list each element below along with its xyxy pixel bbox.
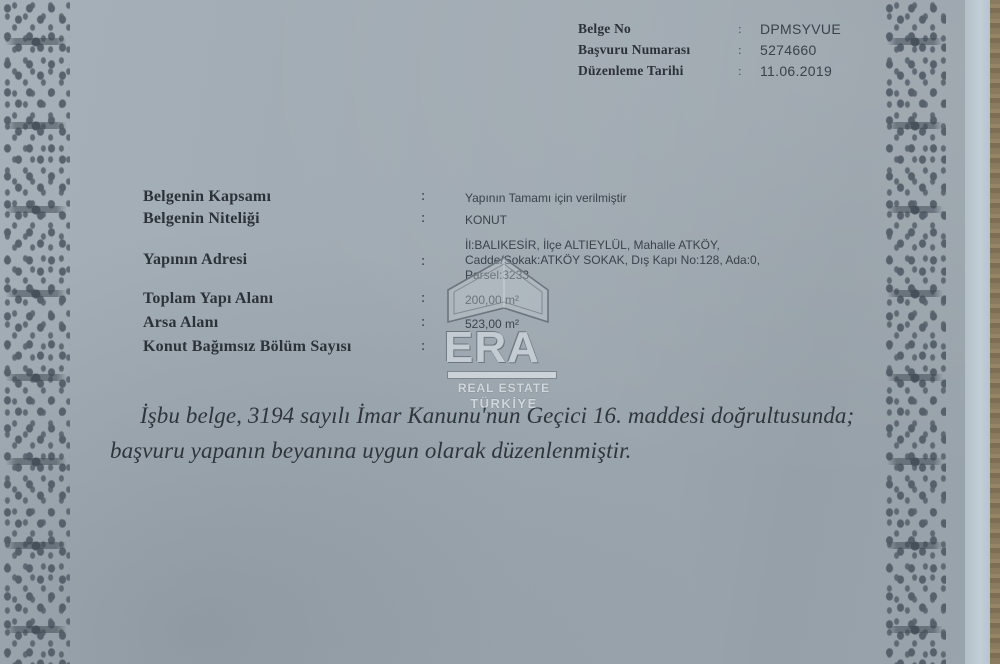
meta-row-belge-no: Belge No : DPMSYVUE — [578, 18, 841, 39]
ornamental-border-left — [2, 0, 70, 664]
field-label: Konut Bağımsız Bölüm Sayısı — [143, 338, 421, 356]
paper-edge — [965, 0, 990, 664]
field-separator: : — [421, 210, 465, 228]
statement-paragraph: İşbu belge, 3194 sayılı İmar Kanunu'nun … — [110, 398, 870, 468]
watermark-brand: ERA — [444, 326, 560, 370]
document-meta: Belge No : DPMSYVUE Başvuru Numarası : 5… — [578, 18, 841, 81]
meta-separator: : — [738, 21, 760, 37]
meta-value: DPMSYVUE — [760, 21, 841, 37]
meta-row-basvuru-numarasi: Başvuru Numarası : 5274660 — [578, 39, 841, 60]
meta-value: 5274660 — [760, 42, 817, 58]
meta-separator: : — [738, 63, 760, 79]
meta-label: Belge No — [578, 21, 738, 37]
meta-label: Başvuru Numarası — [578, 42, 738, 58]
ornamental-border-right — [884, 0, 946, 664]
field-label: Toplam Yapı Alanı — [143, 290, 421, 308]
watermark-line1: REAL ESTATE — [446, 381, 562, 395]
field-label: Arsa Alanı — [143, 314, 421, 332]
watermark-bar — [448, 372, 556, 378]
house-logo-icon — [444, 250, 556, 325]
field-separator: : — [421, 188, 465, 206]
field-label: Belgenin Niteliği — [143, 210, 421, 228]
field-value: Yapının Tamamı için verilmiştir — [465, 188, 805, 206]
era-watermark: ERA REAL ESTATE TÜRKİYE — [440, 250, 565, 415]
meta-separator: : — [738, 42, 760, 58]
field-label: Yapının Adresi — [143, 238, 421, 283]
background-surface — [990, 0, 1000, 664]
field-value: KONUT — [465, 210, 805, 228]
meta-row-duzenleme-tarihi: Düzenleme Tarihi : 11.06.2019 — [578, 60, 841, 81]
field-belgenin-kapsami: Belgenin Kapsamı : Yapının Tamamı için v… — [143, 188, 805, 206]
field-belgenin-niteligi: Belgenin Niteliği : KONUT — [143, 210, 805, 228]
meta-value: 11.06.2019 — [760, 63, 832, 79]
meta-label: Düzenleme Tarihi — [578, 63, 738, 79]
field-label: Belgenin Kapsamı — [143, 188, 421, 206]
